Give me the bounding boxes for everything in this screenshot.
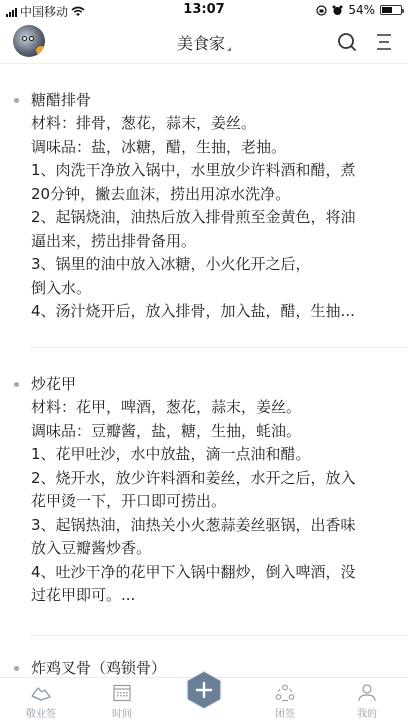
post-line: 逼出来，捞出排骨备用。 — [31, 230, 394, 254]
post-line: 4、汤汁烧开后，放入排骨，加入盐，醋，生抽... — [31, 300, 394, 324]
battery-icon — [380, 5, 402, 15]
team-icon — [274, 684, 296, 702]
post-divider — [30, 347, 408, 348]
post-line: 4、吐沙干净的花甲下入锅中翻炒，倒入啤酒，没 — [31, 561, 394, 585]
post-line: 2、起锅烧油，油热后放入排骨煎至金黄色，将油 — [31, 206, 394, 230]
tab-profile[interactable]: 我的 — [327, 678, 407, 723]
tab-label: 时间 — [112, 705, 132, 720]
profile-icon — [356, 684, 378, 702]
bullet-icon — [14, 98, 19, 103]
post-line: 2、烧开水，放少许料酒和姜丝，水开之后，放入 — [31, 467, 394, 491]
search-icon[interactable] — [336, 31, 358, 53]
post-title: 糖醋排骨 — [31, 91, 91, 109]
post-body: 材料：花甲，啤酒，葱花，蒜末，姜丝。 调味品：豆瓣酱，盐，糖，生抽，蚝油。 1、… — [0, 396, 408, 608]
app-header: 美食家 — [0, 20, 408, 64]
post-line: 调味品：豆瓣酱，盐，糖，生抽，蚝油。 — [31, 420, 394, 444]
post-title: 炸鸡叉骨（鸡锁骨） — [31, 659, 166, 677]
post-divider — [30, 635, 408, 636]
post-title-row: 炒花甲 — [0, 372, 408, 396]
feed[interactable]: 糖醋排骨 材料：排骨，葱花，蒜末，姜丝。 调味品：盐，冰糖，醋，生抽，老抽。 1… — [0, 65, 408, 677]
tab-notes[interactable]: 敬业签 — [1, 678, 81, 723]
post-title: 炒花甲 — [31, 375, 76, 393]
calendar-icon — [112, 684, 132, 702]
post-title-row: 糖醋排骨 — [0, 88, 408, 112]
post-line: 材料：排骨，葱花，蒜末，姜丝。 — [31, 112, 394, 136]
post-line: 花甲烫一下，开口即可捞出。 — [31, 490, 394, 514]
post-line: 材料：花甲，啤酒，葱花，蒜末，姜丝。 — [31, 396, 394, 420]
add-icon[interactable] — [186, 670, 222, 710]
bullet-icon — [14, 382, 19, 387]
status-bar: 中国移动 13:07 54% — [0, 0, 408, 20]
tab-bar: 敬业签 时间 团签 我的 — [0, 677, 408, 723]
bullet-icon — [14, 666, 19, 671]
alarm-icon — [332, 5, 343, 16]
post-line: 过花甲即可。... — [31, 584, 394, 608]
post-line: 3、起锅热油，油热关小火葱蒜姜丝驱锅，出香味 — [31, 514, 394, 538]
post-body: 材料：排骨，葱花，蒜末，姜丝。 调味品：盐，冰糖，醋，生抽，老抽。 1、肉洗干净… — [0, 112, 408, 324]
menu-icon[interactable] — [374, 31, 394, 53]
post-line: 20分钟，撇去血沫，捞出用凉水洗净。 — [31, 183, 394, 207]
post-line: 3、锅里的油中放入冰糖，小火化开之后， — [31, 253, 394, 277]
post-line: 调味品：盐，冰糖，醋，生抽，老抽。 — [31, 136, 394, 160]
tab-calendar[interactable]: 时间 — [82, 678, 162, 723]
tab-team[interactable]: 团签 — [245, 678, 325, 723]
post-line: 倒入水。 — [31, 277, 394, 301]
rotation-lock-icon — [316, 5, 327, 16]
post-card[interactable]: 糖醋排骨 材料：排骨，葱花，蒜末，姜丝。 调味品：盐，冰糖，醋，生抽，老抽。 1… — [0, 88, 408, 324]
caret-icon — [227, 47, 231, 51]
status-right: 54% — [316, 3, 402, 17]
tab-label: 团签 — [275, 705, 295, 720]
post-line: 1、肉洗干净放入锅中，水里放少许料酒和醋，煮 — [31, 159, 394, 183]
notes-icon — [29, 684, 53, 702]
tab-label: 我的 — [357, 705, 377, 720]
post-card[interactable]: 炒花甲 材料：花甲，啤酒，葱花，蒜末，姜丝。 调味品：豆瓣酱，盐，糖，生抽，蚝油… — [0, 372, 408, 608]
post-line: 1、花甲吐沙，水中放盐，滴一点油和醋。 — [31, 443, 394, 467]
page-title-text: 美食家 — [177, 34, 225, 53]
tab-label: 敬业签 — [26, 705, 56, 720]
battery-percent: 54% — [348, 3, 375, 17]
post-line: 放入豆瓣酱炒香。 — [31, 537, 394, 561]
